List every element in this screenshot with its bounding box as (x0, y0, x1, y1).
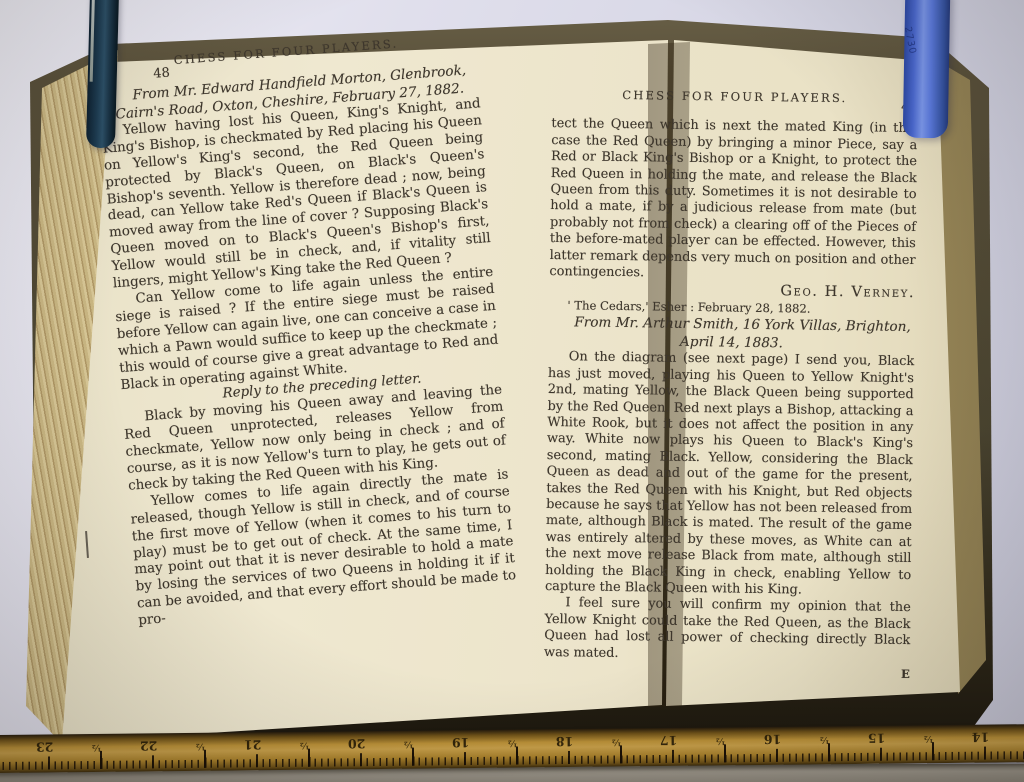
ruler-number: 15 (868, 731, 886, 746)
left-page-text: 48 CHESS FOR FOUR PLAYERS. From Mr. Edwa… (96, 30, 518, 631)
paragraph: Yellow having lost his Queen, King's Kni… (101, 96, 493, 293)
book-photo-scene: 48 CHESS FOR FOUR PLAYERS. From Mr. Edwa… (0, 0, 1024, 782)
letter-heading: From Mr. Arthur Smith, 16 York Villas, B… (548, 313, 914, 354)
paragraph: tect the Queen which is next the mated K… (549, 116, 917, 285)
page-number-left: 48 (153, 66, 171, 84)
ruler-number: 21 (244, 737, 262, 752)
ruler-number: 14 (972, 730, 990, 745)
ruler-number: 23 (36, 739, 54, 754)
ruler-number: 18 (556, 734, 574, 749)
ruler-half-mark: ½ (196, 741, 205, 751)
right-page-text: CHESS FOR FOUR PLAYERS. 49 tect the Quee… (544, 86, 918, 682)
dark-blue-pen (86, 0, 119, 148)
ruler-half-mark: ½ (716, 735, 725, 745)
running-header-label: CHESS FOR FOUR PLAYERS. (622, 88, 847, 105)
blue-pen: 2730 (903, 0, 951, 138)
ruler-half-mark: ½ (924, 733, 933, 743)
ruler-number: 16 (764, 732, 782, 747)
pen-clip (90, 0, 95, 82)
ruler-number: 20 (348, 736, 366, 751)
pen-model-label: 2730 (902, 26, 918, 56)
ruler-half-mark: ½ (300, 740, 309, 750)
ruler-half-mark: ½ (404, 739, 413, 749)
ruler-number: 17 (660, 733, 678, 748)
ruler-half-mark: ½ (92, 742, 101, 752)
ruler-number: 22 (140, 738, 158, 753)
ruler-half-mark: ½ (612, 736, 621, 746)
ruler-half-mark: ½ (820, 734, 829, 744)
ruler-half-mark: ½ (508, 738, 517, 748)
paragraph: Yellow comes to life again directly the … (129, 467, 518, 630)
ruler-number: 19 (452, 735, 470, 750)
paragraph: I feel sure you will confirm my opinion … (544, 595, 911, 666)
paragraph: On the diagram (see next page) I send yo… (545, 349, 914, 600)
